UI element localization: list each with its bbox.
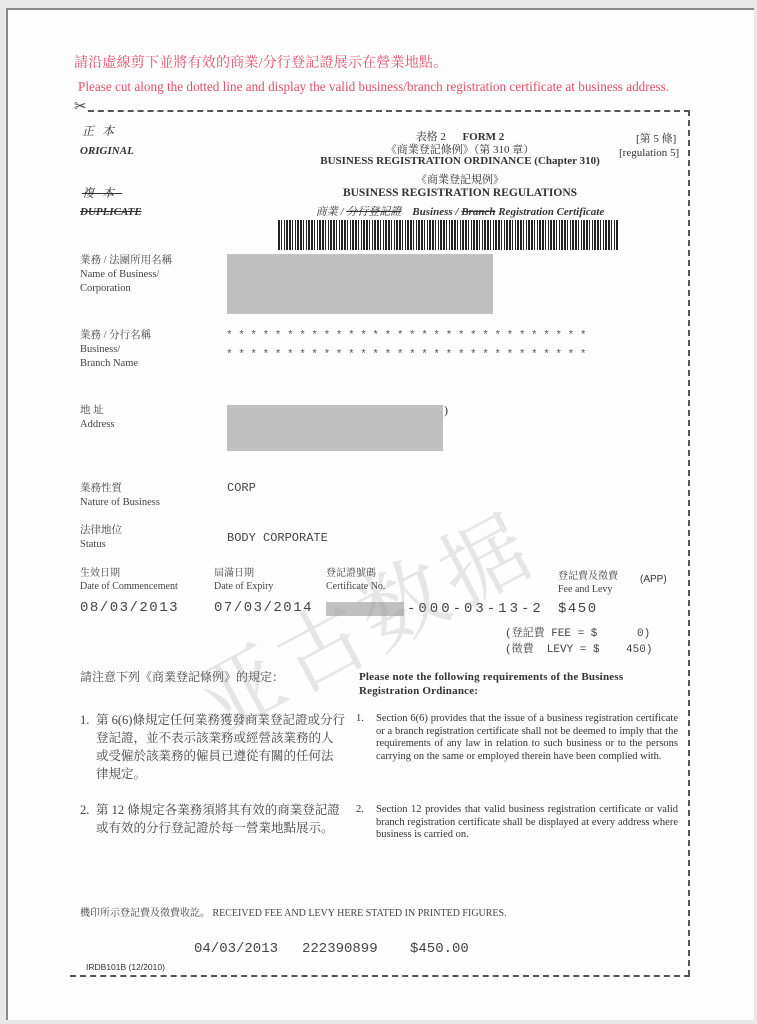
name-label-en-line2: Corporation <box>80 282 172 296</box>
expiry-label: 屆滿日期 Date of Expiry <box>214 567 273 593</box>
branch-name-value-line2: ****************************** <box>226 349 592 361</box>
note-en-item-2: 2. Section 12 provides that valid busine… <box>356 804 678 842</box>
business-name-redacted <box>227 254 493 314</box>
name-of-business-label: 業務 / 法團所用名稱 Name of Business/ Corporatio… <box>80 254 172 296</box>
note-en-item-2-num: 2. <box>356 804 364 817</box>
cert-type-en-branch: Branch <box>461 206 495 218</box>
cert-type-en-rest: Registration Certificate <box>495 206 604 218</box>
fee-label-zh: 登記費及徵費 <box>558 570 618 583</box>
note-zh-item-1-text: 第 6(6)條規定任何業務獲發商業登記證或分行登記證，並不表示該業務或經營該業務… <box>96 711 345 783</box>
note-en-item-1: 1. Section 6(6) provides that the issue … <box>356 713 678 763</box>
nature-label-zh: 業務性質 <box>80 482 160 496</box>
note-zh-item-1-num: 1. <box>80 711 89 729</box>
note-zh-item-2: 2. 第 12 條規定各業務須將其有效的商業登記證或有效的分行登記證於每一營業地… <box>80 801 345 837</box>
fee-and-levy-label: 登記費及徵費 Fee and Levy <box>558 570 618 596</box>
original-label-en: ORIGINAL <box>80 145 134 157</box>
regulations-title-zh: 《商業登記規例》 <box>290 171 630 187</box>
certificate-no-redacted <box>326 602 404 616</box>
ordinance-title-en: BUSINESS REGISTRATION ORDINANCE (Chapter… <box>290 155 630 167</box>
status-value: BODY CORPORATE <box>227 531 328 545</box>
address-trailing: ) <box>444 403 448 418</box>
name-label-en-line1: Name of Business/ <box>80 268 172 282</box>
status-label: 法律地位 Status <box>80 524 122 552</box>
received-statement: 機印所示登記費及徵費收訖。 RECEIVED FEE AND LEVY HERE… <box>80 904 507 919</box>
expiry-label-zh: 屆滿日期 <box>214 567 273 580</box>
cut-notice-en: Please cut along the dotted line and dis… <box>78 79 669 95</box>
cert-label-zh: 登記證號碼 <box>326 567 385 580</box>
certificate-no-label: 登記證號碼 Certificate No. <box>326 567 385 593</box>
cert-label-en: Certificate No. <box>326 580 385 593</box>
notes-heading-en: Please note the following requirements o… <box>359 670 677 698</box>
note-zh-item-2-num: 2. <box>80 801 89 819</box>
expiry-date: 07/03/2014 <box>214 600 313 616</box>
receipt-date: 04/03/2013 <box>194 941 278 957</box>
scissors-icon: ✂ <box>74 100 87 115</box>
note-en-item-2-text: Section 12 provides that valid business … <box>376 804 678 842</box>
commencement-label: 生效日期 Date of Commencement <box>80 567 178 593</box>
duplicate-label-en: DUPLICATE <box>80 206 142 218</box>
nature-of-business-value: CORP <box>227 481 256 495</box>
receipt-amount: $450.00 <box>410 941 469 957</box>
cut-notice-zh: 請沿虛線剪下並將有效的商業/分行登記證展示在營業地點。 <box>74 52 447 72</box>
cert-type-zh-separator: / <box>338 206 347 218</box>
commencement-label-en: Date of Commencement <box>80 580 178 593</box>
branch-label-en-line2: Branch Name <box>80 357 151 371</box>
commencement-label-zh: 生效日期 <box>80 567 178 580</box>
name-label-zh: 業務 / 法團所用名稱 <box>80 254 172 268</box>
fee-label-en: Fee and Levy <box>558 583 618 596</box>
receipt-number: 222390899 <box>302 941 378 957</box>
branch-name-label: 業務 / 分行名稱 Business/ Branch Name <box>80 329 151 371</box>
branch-name-value-line1: ****************************** <box>226 330 592 342</box>
note-zh-item-1: 1. 第 6(6)條規定任何業務獲發商業登記證或分行登記證，並不表示該業務或經營… <box>80 711 345 783</box>
note-en-item-1-num: 1. <box>356 713 364 726</box>
regulation-ref-zh: [第 5 條] <box>636 130 676 146</box>
certificate-type: 商業 / 分行登記證 Business / Branch Registratio… <box>290 203 630 219</box>
address-label: 地 址 Address <box>80 404 114 432</box>
cert-type-zh-business: 商業 <box>316 206 338 218</box>
nature-label-en: Nature of Business <box>80 496 160 510</box>
nature-of-business-label: 業務性質 Nature of Business <box>80 482 160 510</box>
cut-line-top <box>78 110 690 112</box>
levy-breakdown: (徵費 LEVY = $ 450) <box>505 640 652 656</box>
note-zh-item-2-text: 第 12 條規定各業務須將其有效的商業登記證或有效的分行登記證於每一營業地點展示… <box>96 801 345 837</box>
cert-type-en-business: Business / <box>412 206 461 218</box>
cert-type-zh-branch: 分行登記證 <box>346 206 401 218</box>
cut-line-right <box>688 110 690 976</box>
certificate-no-suffix: -000-03-13-2 <box>407 601 544 617</box>
notes-heading-zh: 請注意下列《商業登記條例》的規定： <box>80 668 284 685</box>
expiry-label-en: Date of Expiry <box>214 580 273 593</box>
branch-label-en-line1: Business/ <box>80 343 151 357</box>
address-redacted <box>227 405 443 451</box>
duplicate-label-zh: 複本 <box>82 184 122 201</box>
fee-amount: $450 <box>558 601 598 617</box>
address-label-zh: 地 址 <box>80 404 114 418</box>
status-label-zh: 法律地位 <box>80 524 122 538</box>
form-code: IRDB101B (12/2010) <box>86 962 165 972</box>
fee-breakdown: (登記費 FEE = $ 0) <box>505 624 650 640</box>
status-label-en: Status <box>80 538 122 552</box>
cut-line-bottom <box>70 975 690 977</box>
original-label-zh: 正本 <box>82 122 122 139</box>
address-label-en: Address <box>80 418 114 432</box>
app-code: (APP) <box>640 574 667 585</box>
branch-label-zh: 業務 / 分行名稱 <box>80 329 151 343</box>
barcode <box>278 220 618 250</box>
note-en-item-1-text: Section 6(6) provides that the issue of … <box>376 713 678 763</box>
regulations-title-en: BUSINESS REGISTRATION REGULATIONS <box>290 187 630 199</box>
commencement-date: 08/03/2013 <box>80 600 179 616</box>
regulation-ref-en: [regulation 5] <box>619 147 679 159</box>
